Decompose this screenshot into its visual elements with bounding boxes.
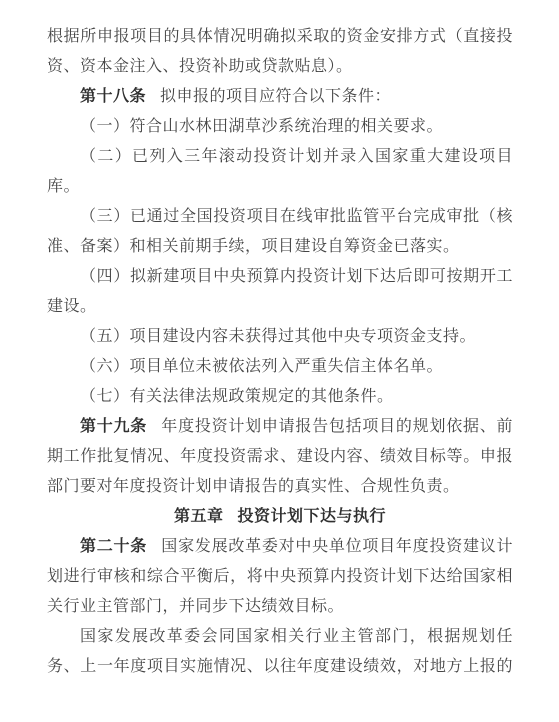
text-line: 部门要对年度投资计划申请报告的真实性、合规性负责。: [47, 472, 513, 502]
line-text: 划进行审核和综合平衡后，将中央预算内投资计划下达给国家相: [47, 568, 513, 585]
line-text: 部门要对年度投资计划申请报告的真实性、合规性负责。: [47, 478, 460, 495]
text-line: 资、资本金注入、投资补助或贷款贴息）。: [47, 52, 513, 82]
line-text: 准、备案）和相关前期手续，项目建设自筹资金已落实。: [47, 238, 460, 255]
document-page: 根据所申报项目的具体情况明确拟采取的资金安排方式（直接投资、资本金注入、投资补助…: [0, 0, 559, 722]
line-text: 期工作批复情况、年度投资需求、建设内容、绩效目标等。申报: [47, 448, 513, 465]
line-text: （四）拟新建项目中央预算内投资计划下达后即可按期开工: [80, 268, 513, 285]
line-text: （七）有关法律法规政策规定的其他条件。: [80, 388, 394, 405]
line-text: （二）已列入三年滚动投资计划并录入国家重大建设项目: [80, 148, 513, 165]
text-line: 库。: [47, 172, 513, 202]
text-block: 根据所申报项目的具体情况明确拟采取的资金安排方式（直接投资、资本金注入、投资补助…: [47, 22, 513, 682]
article-number: 第十八条: [80, 88, 146, 105]
line-text: 国家发展改革委会同国家相关行业主管部门，根据规划任: [80, 628, 513, 645]
text-line: 关行业主管部门，并同步下达绩效目标。: [47, 592, 513, 622]
text-line: （六）项目单位未被依法列入严重失信主体名单。: [47, 352, 513, 382]
line-text: 拟申报的项目应符合以下条件：: [160, 88, 391, 105]
chapter-heading: 第五章投资计划下达与执行: [47, 502, 513, 532]
text-line: 根据所申报项目的具体情况明确拟采取的资金安排方式（直接投: [47, 22, 513, 52]
line-text: （一）符合山水林田湖草沙系统治理的相关要求。: [80, 118, 443, 135]
line-text: 年度投资计划申请报告包括项目的规划依据、前: [161, 418, 513, 435]
line-text: 投资计划下达与执行: [238, 508, 387, 525]
text-line: 期工作批复情况、年度投资需求、建设内容、绩效目标等。申报: [47, 442, 513, 472]
text-line: （四）拟新建项目中央预算内投资计划下达后即可按期开工: [47, 262, 513, 292]
text-line: （一）符合山水林田湖草沙系统治理的相关要求。: [47, 112, 513, 142]
text-line: （三）已通过全国投资项目在线审批监管平台完成审批（核: [47, 202, 513, 232]
text-line: 务、上一年度项目实施情况、以往年度建设绩效，对地方上报的: [47, 652, 513, 682]
line-text: （五）项目建设内容未获得过其他中央专项资金支持。: [80, 328, 476, 345]
line-text: 根据所申报项目的具体情况明确拟采取的资金安排方式（直接投: [47, 28, 513, 45]
line-text: 务、上一年度项目实施情况、以往年度建设绩效，对地方上报的: [47, 658, 513, 675]
text-line: 建设。: [47, 292, 513, 322]
text-line: （二）已列入三年滚动投资计划并录入国家重大建设项目: [47, 142, 513, 172]
text-line: 第二十条国家发展改革委对中央单位项目年度投资建议计: [47, 532, 513, 562]
text-line: 准、备案）和相关前期手续，项目建设自筹资金已落实。: [47, 232, 513, 262]
text-line: 国家发展改革委会同国家相关行业主管部门，根据规划任: [47, 622, 513, 652]
line-text: 建设。: [47, 298, 97, 315]
text-line: （五）项目建设内容未获得过其他中央专项资金支持。: [47, 322, 513, 352]
text-line: 第十八条拟申报的项目应符合以下条件：: [47, 82, 513, 112]
text-line: 第十九条年度投资计划申请报告包括项目的规划依据、前: [47, 412, 513, 442]
article-number: 第二十条: [80, 538, 147, 555]
text-line: （七）有关法律法规政策规定的其他条件。: [47, 382, 513, 412]
line-text: （六）项目单位未被依法列入严重失信主体名单。: [80, 358, 443, 375]
line-text: （三）已通过全国投资项目在线审批监管平台完成审批（核: [80, 208, 513, 225]
line-text: 资、资本金注入、投资补助或贷款贴息）。: [47, 58, 353, 75]
article-number: 第五章: [174, 508, 224, 525]
line-text: 库。: [47, 178, 80, 195]
article-number: 第十九条: [80, 418, 147, 435]
line-text: 国家发展改革委对中央单位项目年度投资建议计: [161, 538, 513, 555]
text-line: 划进行审核和综合平衡后，将中央预算内投资计划下达给国家相: [47, 562, 513, 592]
line-text: 关行业主管部门，并同步下达绩效目标。: [47, 598, 344, 615]
